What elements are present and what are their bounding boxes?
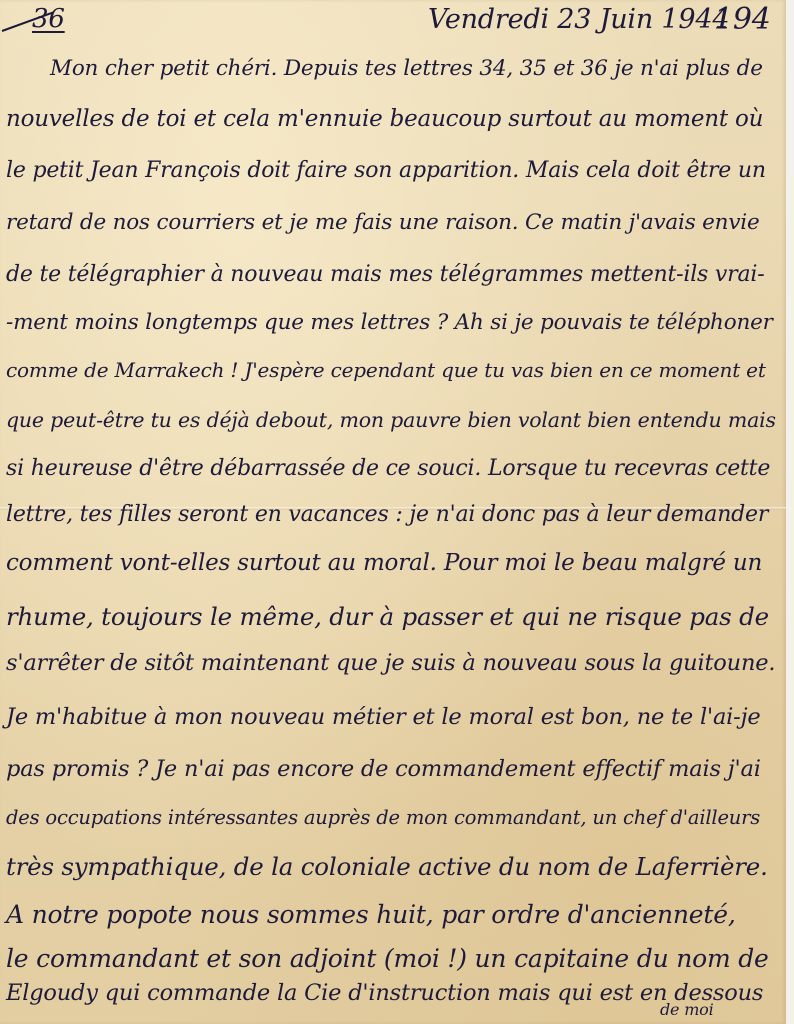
body-line-20: Elgoudy qui commande la Cie d'instructio… xyxy=(6,980,763,1006)
body-line-13: s'arrêter de sitôt maintenant que je sui… xyxy=(6,650,775,676)
body-line-1: Mon cher petit chéri. Depuis tes lettres… xyxy=(50,56,763,81)
body-line-15: pas promis ? Je n'ai pas encore de comma… xyxy=(6,756,761,782)
letter-date: Vendredi 23 Juin 1944 xyxy=(428,4,729,35)
body-line-3: le petit Jean François doit faire son ap… xyxy=(6,158,766,183)
body-line-17: très sympathique, de la coloniale active… xyxy=(6,852,768,881)
body-line-6: -ment moins longtemps que mes lettres ? … xyxy=(6,310,773,335)
body-line-10: lettre, tes filles seront en vacances : … xyxy=(6,502,768,527)
body-line-9: si heureuse d'être débarrassée de ce sou… xyxy=(6,456,770,481)
body-line-2: nouvelles de toi et cela m'ennuie beauco… xyxy=(6,106,763,132)
body-line-8: que peut-être tu es déjà debout, mon pau… xyxy=(6,408,776,432)
body-line-5: de te télégraphier à nouveau mais mes té… xyxy=(6,262,764,287)
body-line-12: rhume, toujours le même, dur à passer et… xyxy=(6,602,769,631)
body-line-14: Je m'habitue à mon nouveau métier et le … xyxy=(6,704,760,730)
scan-margin xyxy=(786,0,794,1024)
body-line-11: comment vont-elles surtout au moral. Pou… xyxy=(6,550,762,576)
body-line-18: A notre popote nous sommes huit, par ord… xyxy=(6,900,736,929)
letter-page: 36 Vendredi 23 Juin 1944 194 Mon cher pe… xyxy=(0,0,786,1024)
body-line-16: des occupations intéressantes auprès de … xyxy=(6,806,760,829)
body-line-4: retard de nos courriers et je me fais un… xyxy=(6,210,759,235)
folio-number: 194 xyxy=(714,2,771,37)
interlinear-note: de moi xyxy=(660,1000,714,1019)
body-line-7: comme de Marrakech ! J'espère cependant … xyxy=(6,358,766,382)
body-line-19: le commandant et son adjoint (moi !) un … xyxy=(6,944,769,973)
